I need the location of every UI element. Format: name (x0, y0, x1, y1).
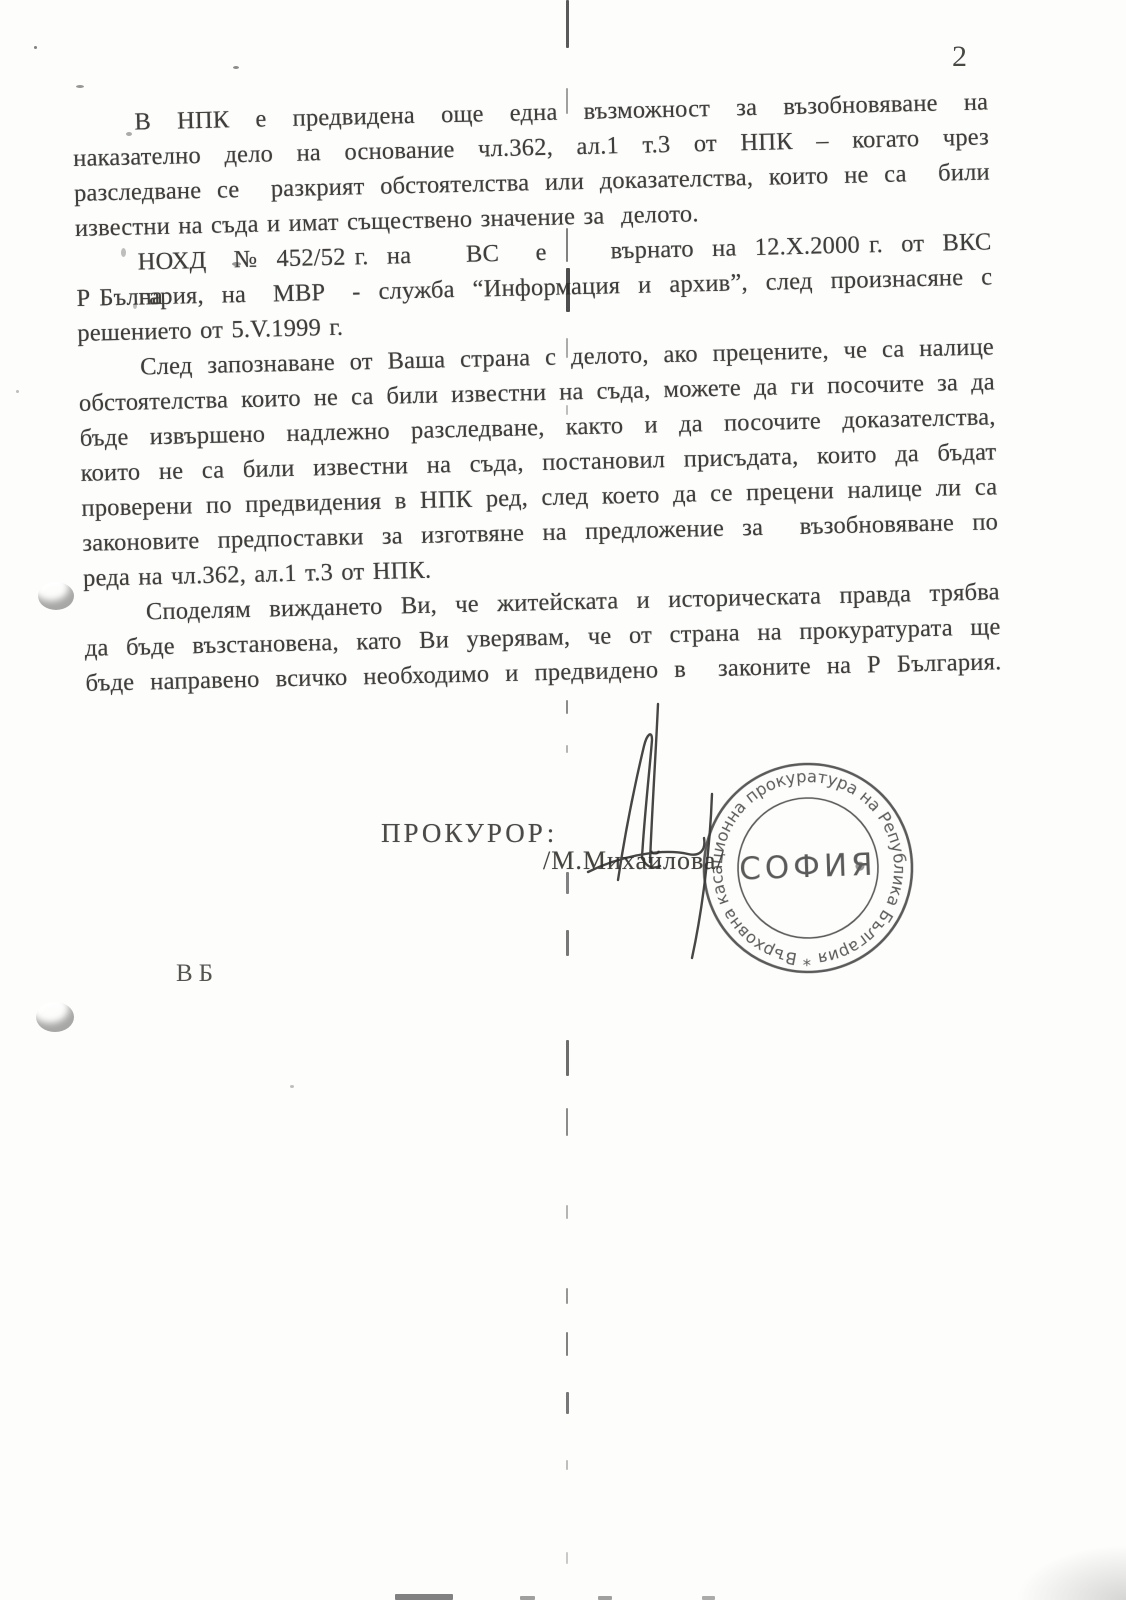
cutoff-text-mark (598, 1596, 612, 1600)
fold-line-segment (566, 1552, 568, 1564)
fold-line-segment (566, 268, 570, 312)
fold-line-segment (566, 700, 568, 714)
fold-line-segment (566, 1108, 568, 1136)
fold-line-segment (566, 88, 568, 114)
cutoff-text-mark (520, 1596, 535, 1600)
scan-speck (16, 390, 19, 393)
scan-speck (290, 1085, 294, 1088)
punch-hole-bottom (36, 1002, 74, 1032)
clerk-initials: ВБ (176, 960, 219, 988)
fold-line-segment (566, 872, 569, 894)
scan-speck (126, 132, 132, 136)
fold-line-segment (566, 1288, 568, 1304)
fold-line-segment (566, 338, 568, 358)
fold-line-segment (566, 180, 568, 188)
page-number: 2 (952, 40, 967, 74)
document-body: В НПК е предвидена още една възможност з… (72, 84, 1002, 700)
scan-speck (233, 66, 239, 69)
fold-line-segment (566, 405, 568, 415)
cutoff-text-mark (395, 1594, 453, 1600)
scan-speck (232, 262, 241, 266)
fold-line-segment (566, 1040, 569, 1076)
fold-line-segment (566, 930, 569, 956)
scan-speck (121, 248, 126, 257)
scanned-letter-page: 2 В НПК е предвидена още една възможност… (0, 0, 1126, 1600)
corner-shade (1016, 1545, 1126, 1600)
fold-line-segment (566, 1205, 568, 1219)
cutoff-text-mark (702, 1596, 715, 1600)
scan-speck (76, 85, 84, 88)
fold-line-segment (566, 0, 569, 48)
scan-speck (34, 46, 37, 49)
fold-line-segment (566, 228, 568, 262)
fold-line-segment (566, 1392, 569, 1414)
fold-line-segment (566, 745, 568, 753)
prosecutor-stamp: * Върховна касационна прокуратура на Реп… (685, 745, 931, 991)
prosecutor-role-label: ПРОКУРОР: (381, 818, 557, 849)
scan-speck (133, 303, 137, 309)
fold-line-segment (566, 1460, 568, 1470)
punch-hole-top (38, 582, 74, 610)
fold-line-segment (566, 1332, 568, 1356)
